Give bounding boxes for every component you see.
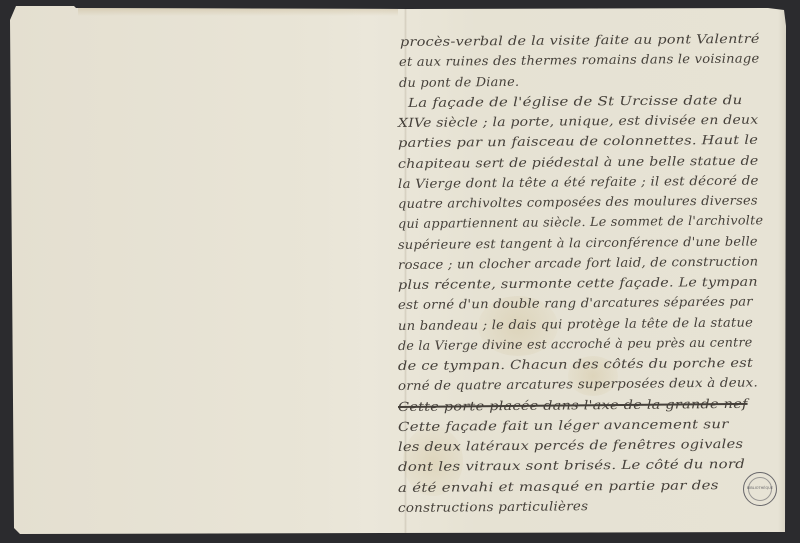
manuscript-line: constructions particulières xyxy=(398,498,588,515)
stamp-label: BIBLIOTHÈQUE xyxy=(748,477,772,501)
manuscript-line: un bandeau ; le dais qui protège la tête… xyxy=(398,314,753,333)
paper-stain-top xyxy=(78,6,398,16)
paper-edge-shadow xyxy=(778,6,792,534)
manuscript-line: La façade de l'église de St Urcisse date… xyxy=(408,92,743,110)
manuscript-line: supérieure est tangent à la circonférenc… xyxy=(398,233,758,252)
manuscript-line: Cette façade fait un léger avancement su… xyxy=(398,416,729,434)
library-stamp-icon: BIBLIOTHÈQUE xyxy=(743,472,777,506)
struck-through-line: Cette porte placée dans l'axe de la gran… xyxy=(398,396,748,414)
manuscript-line: du pont de Diane. xyxy=(399,73,519,89)
manuscript-line: chapiteau sert de piédestal à une belle … xyxy=(398,152,759,170)
manuscript-line: a été envahi et masqué en partie par des xyxy=(398,477,719,495)
